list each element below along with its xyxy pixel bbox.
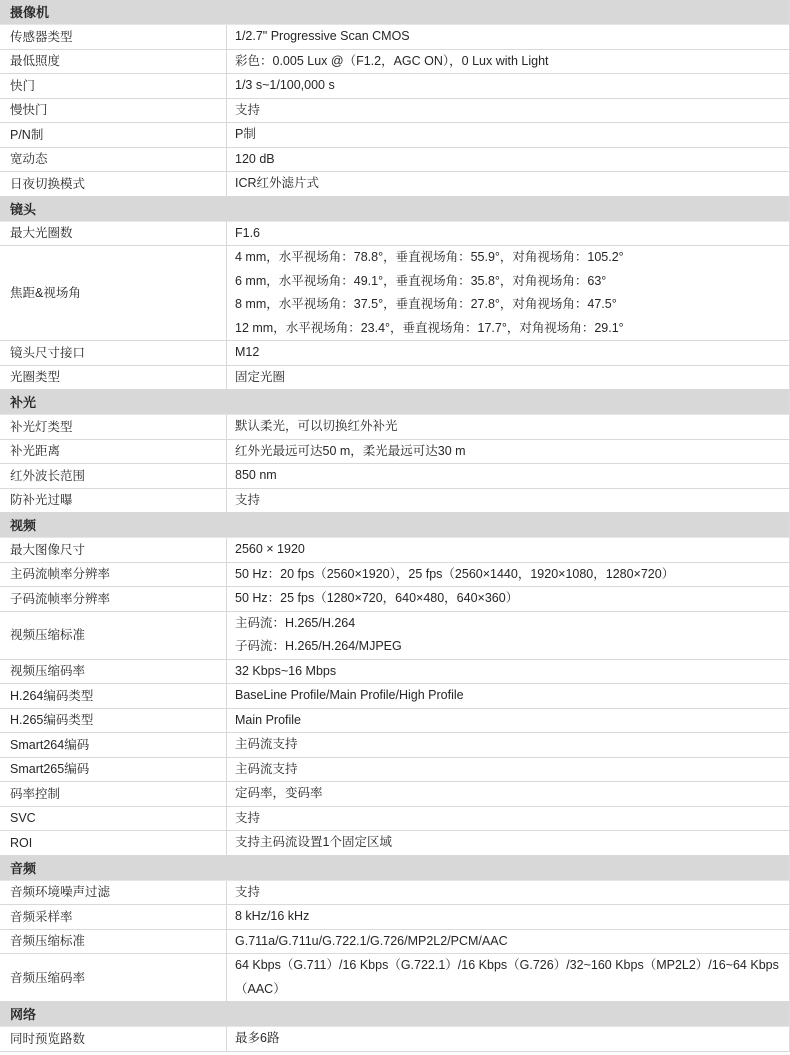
spec-value-line: P制 [235, 123, 783, 147]
spec-value: 2560 × 1920 [227, 538, 789, 562]
section-header: 音频 [0, 856, 789, 881]
spec-row: 音频环境噪声过滤支持 [0, 881, 789, 906]
spec-label: 子码流帧率分辨率 [0, 587, 227, 611]
spec-label: 码率控制 [0, 782, 227, 806]
spec-value: Main Profile [227, 709, 789, 733]
spec-value-line: 子码流：H.265/H.264/MJPEG [235, 635, 783, 659]
spec-label: 日夜切换模式 [0, 172, 227, 196]
spec-label: 传感器类型 [0, 25, 227, 49]
spec-row: 音频采样率8 kHz/16 kHz [0, 905, 789, 930]
spec-value-line: 1/3 s~1/100,000 s [235, 74, 783, 98]
spec-label: 音频压缩标准 [0, 930, 227, 954]
spec-row: 补光灯类型默认柔光，可以切换红外补光 [0, 415, 789, 440]
spec-label: P/N制 [0, 123, 227, 147]
spec-row: 快门1/3 s~1/100,000 s [0, 74, 789, 99]
spec-label: H.264编码类型 [0, 684, 227, 708]
spec-value-line: 120 dB [235, 148, 783, 172]
spec-value: BaseLine Profile/Main Profile/High Profi… [227, 684, 789, 708]
spec-row: 主码流帧率分辨率50 Hz：20 fps（2560×1920），25 fps（2… [0, 563, 789, 588]
spec-label: 补光距离 [0, 440, 227, 464]
spec-value: ICR红外滤片式 [227, 172, 789, 196]
spec-label: 补光灯类型 [0, 415, 227, 439]
spec-row: 防补光过曝支持 [0, 489, 789, 514]
spec-row: 视频压缩标准主码流：H.265/H.264子码流：H.265/H.264/MJP… [0, 612, 789, 660]
spec-value-line: 64 Kbps（G.711）/16 Kbps（G.722.1）/16 Kbps（… [235, 954, 783, 978]
spec-value: 4 mm，水平视场角：78.8°，垂直视场角：55.9°，对角视场角：105.2… [227, 246, 789, 340]
spec-label: 快门 [0, 74, 227, 98]
spec-value-line: G.711a/G.711u/G.722.1/G.726/MP2L2/PCM/AA… [235, 930, 783, 954]
spec-row: H.264编码类型BaseLine Profile/Main Profile/H… [0, 684, 789, 709]
spec-value: 红外光最远可达50 m，柔光最远可达30 m [227, 440, 789, 464]
spec-label: Smart265编码 [0, 758, 227, 782]
spec-label: 红外波长范围 [0, 464, 227, 488]
spec-row: Smart264编码主码流支持 [0, 733, 789, 758]
spec-value: 32 Kbps~16 Mbps [227, 660, 789, 684]
spec-value: 1/3 s~1/100,000 s [227, 74, 789, 98]
spec-label: 视频压缩标准 [0, 612, 227, 659]
spec-label: 最低照度 [0, 50, 227, 74]
spec-row: H.265编码类型Main Profile [0, 709, 789, 734]
spec-value-line: 12 mm，水平视场角：23.4°，垂直视场角：17.7°，对角视场角：29.1… [235, 317, 783, 341]
spec-label: 最大光圈数 [0, 222, 227, 246]
spec-label: 宽动态 [0, 148, 227, 172]
spec-value-line: 彩色：0.005 Lux @（F1.2，AGC ON），0 Lux with L… [235, 50, 783, 74]
spec-value: M12 [227, 341, 789, 365]
spec-value: 支持 [227, 807, 789, 831]
spec-value: 定码率，变码率 [227, 782, 789, 806]
spec-row: 码率控制定码率，变码率 [0, 782, 789, 807]
spec-row: 视频压缩码率32 Kbps~16 Mbps [0, 660, 789, 685]
spec-value-line: 8 mm，水平视场角：37.5°，垂直视场角：27.8°，对角视场角：47.5° [235, 293, 783, 317]
spec-label: 音频环境噪声过滤 [0, 881, 227, 905]
spec-label: 光圈类型 [0, 366, 227, 390]
section-header: 摄像机 [0, 0, 789, 25]
spec-value-line: 2560 × 1920 [235, 538, 783, 562]
spec-value: G.711a/G.711u/G.722.1/G.726/MP2L2/PCM/AA… [227, 930, 789, 954]
spec-value: 64 Kbps（G.711）/16 Kbps（G.722.1）/16 Kbps（… [227, 954, 789, 1001]
spec-value: 默认柔光，可以切换红外补光 [227, 415, 789, 439]
spec-row: 音频压缩码率64 Kbps（G.711）/16 Kbps（G.722.1）/16… [0, 954, 789, 1002]
spec-row: ROI支持主码流设置1个固定区域 [0, 831, 789, 856]
spec-value: F1.6 [227, 222, 789, 246]
spec-label: 慢快门 [0, 99, 227, 123]
spec-value-line: 50 Hz：20 fps（2560×1920），25 fps（2560×1440… [235, 563, 783, 587]
section-header: 镜头 [0, 197, 789, 222]
spec-value-line: 定码率，变码率 [235, 782, 783, 806]
spec-row: 音频压缩标准G.711a/G.711u/G.722.1/G.726/MP2L2/… [0, 930, 789, 955]
spec-row: 光圈类型固定光圈 [0, 366, 789, 391]
spec-value-line: 支持主码流设置1个固定区域 [235, 831, 783, 855]
spec-value-line: 8 kHz/16 kHz [235, 905, 783, 929]
spec-value-line: 红外光最远可达50 m，柔光最远可达30 m [235, 440, 783, 464]
spec-value-line: 4 mm，水平视场角：78.8°，垂直视场角：55.9°，对角视场角：105.2… [235, 246, 783, 270]
spec-value: 固定光圈 [227, 366, 789, 390]
spec-value-line: 支持 [235, 807, 783, 831]
spec-value-line: 固定光圈 [235, 366, 783, 390]
spec-row: 补光距离红外光最远可达50 m，柔光最远可达30 m [0, 440, 789, 465]
spec-value: 支持 [227, 881, 789, 905]
spec-value: 主码流支持 [227, 758, 789, 782]
spec-value-line: 支持 [235, 489, 783, 513]
spec-value-line: （AAC） [235, 978, 783, 1002]
section-header: 视频 [0, 513, 789, 538]
spec-label: 视频压缩码率 [0, 660, 227, 684]
spec-label: Smart264编码 [0, 733, 227, 757]
spec-value: 8 kHz/16 kHz [227, 905, 789, 929]
spec-row: Smart265编码主码流支持 [0, 758, 789, 783]
spec-value: 主码流：H.265/H.264子码流：H.265/H.264/MJPEG [227, 612, 789, 659]
spec-row: 同时预览路数最多6路 [0, 1027, 789, 1052]
spec-label: ROI [0, 831, 227, 855]
spec-value: 彩色：0.005 Lux @（F1.2，AGC ON），0 Lux with L… [227, 50, 789, 74]
spec-value-line: 1/2.7" Progressive Scan CMOS [235, 25, 783, 49]
spec-value-line: 支持 [235, 881, 783, 905]
spec-value: 50 Hz：20 fps（2560×1920），25 fps（2560×1440… [227, 563, 789, 587]
spec-label: 音频采样率 [0, 905, 227, 929]
spec-row: 慢快门支持 [0, 99, 789, 124]
spec-value: 支持 [227, 99, 789, 123]
spec-label: 最大图像尺寸 [0, 538, 227, 562]
spec-value-line: 主码流支持 [235, 733, 783, 757]
spec-value: 850 nm [227, 464, 789, 488]
spec-row: 宽动态120 dB [0, 148, 789, 173]
spec-row: 日夜切换模式ICR红外滤片式 [0, 172, 789, 197]
spec-row: P/N制P制 [0, 123, 789, 148]
spec-label: 音频压缩码率 [0, 954, 227, 1001]
spec-row: 红外波长范围850 nm [0, 464, 789, 489]
spec-value: P制 [227, 123, 789, 147]
spec-value-line: 850 nm [235, 464, 783, 488]
spec-label: 主码流帧率分辨率 [0, 563, 227, 587]
spec-value: 主码流支持 [227, 733, 789, 757]
spec-label: 焦距&视场角 [0, 246, 227, 340]
spec-value: 50 Hz：25 fps（1280×720，640×480，640×360） [227, 587, 789, 611]
spec-label: 防补光过曝 [0, 489, 227, 513]
spec-row: 最低照度彩色：0.005 Lux @（F1.2，AGC ON），0 Lux wi… [0, 50, 789, 75]
spec-value-line: F1.6 [235, 222, 783, 246]
spec-value-line: ICR红外滤片式 [235, 172, 783, 196]
spec-value: 支持主码流设置1个固定区域 [227, 831, 789, 855]
spec-label: 同时预览路数 [0, 1027, 227, 1051]
spec-value-line: 最多6路 [235, 1027, 783, 1051]
spec-value-line: 32 Kbps~16 Mbps [235, 660, 783, 684]
spec-value: 最多6路 [227, 1027, 789, 1051]
spec-value-line: 默认柔光，可以切换红外补光 [235, 415, 783, 439]
spec-value: 支持 [227, 489, 789, 513]
spec-value: 1/2.7" Progressive Scan CMOS [227, 25, 789, 49]
spec-label: SVC [0, 807, 227, 831]
spec-value-line: 支持 [235, 99, 783, 123]
spec-row: 焦距&视场角4 mm，水平视场角：78.8°，垂直视场角：55.9°，对角视场角… [0, 246, 789, 341]
spec-value-line: 主码流支持 [235, 758, 783, 782]
spec-value-line: 50 Hz：25 fps（1280×720，640×480，640×360） [235, 587, 783, 611]
spec-row: 最大图像尺寸2560 × 1920 [0, 538, 789, 563]
section-header: 补光 [0, 390, 789, 415]
spec-row: SVC支持 [0, 807, 789, 832]
spec-value-line: M12 [235, 341, 783, 365]
spec-label: 镜头尺寸接口 [0, 341, 227, 365]
spec-value-line: 6 mm，水平视场角：49.1°，垂直视场角：35.8°，对角视场角：63° [235, 270, 783, 294]
spec-row: 传感器类型1/2.7" Progressive Scan CMOS [0, 25, 789, 50]
spec-value-line: BaseLine Profile/Main Profile/High Profi… [235, 684, 783, 708]
spec-value: 120 dB [227, 148, 789, 172]
spec-row: 最大光圈数F1.6 [0, 222, 789, 247]
spec-table: 摄像机传感器类型1/2.7" Progressive Scan CMOS最低照度… [0, 0, 790, 1052]
spec-value-line: Main Profile [235, 709, 783, 733]
spec-label: H.265编码类型 [0, 709, 227, 733]
spec-row: 镜头尺寸接口M12 [0, 341, 789, 366]
section-header: 网络 [0, 1002, 789, 1027]
spec-value-line: 主码流：H.265/H.264 [235, 612, 783, 636]
spec-row: 子码流帧率分辨率50 Hz：25 fps（1280×720，640×480，64… [0, 587, 789, 612]
